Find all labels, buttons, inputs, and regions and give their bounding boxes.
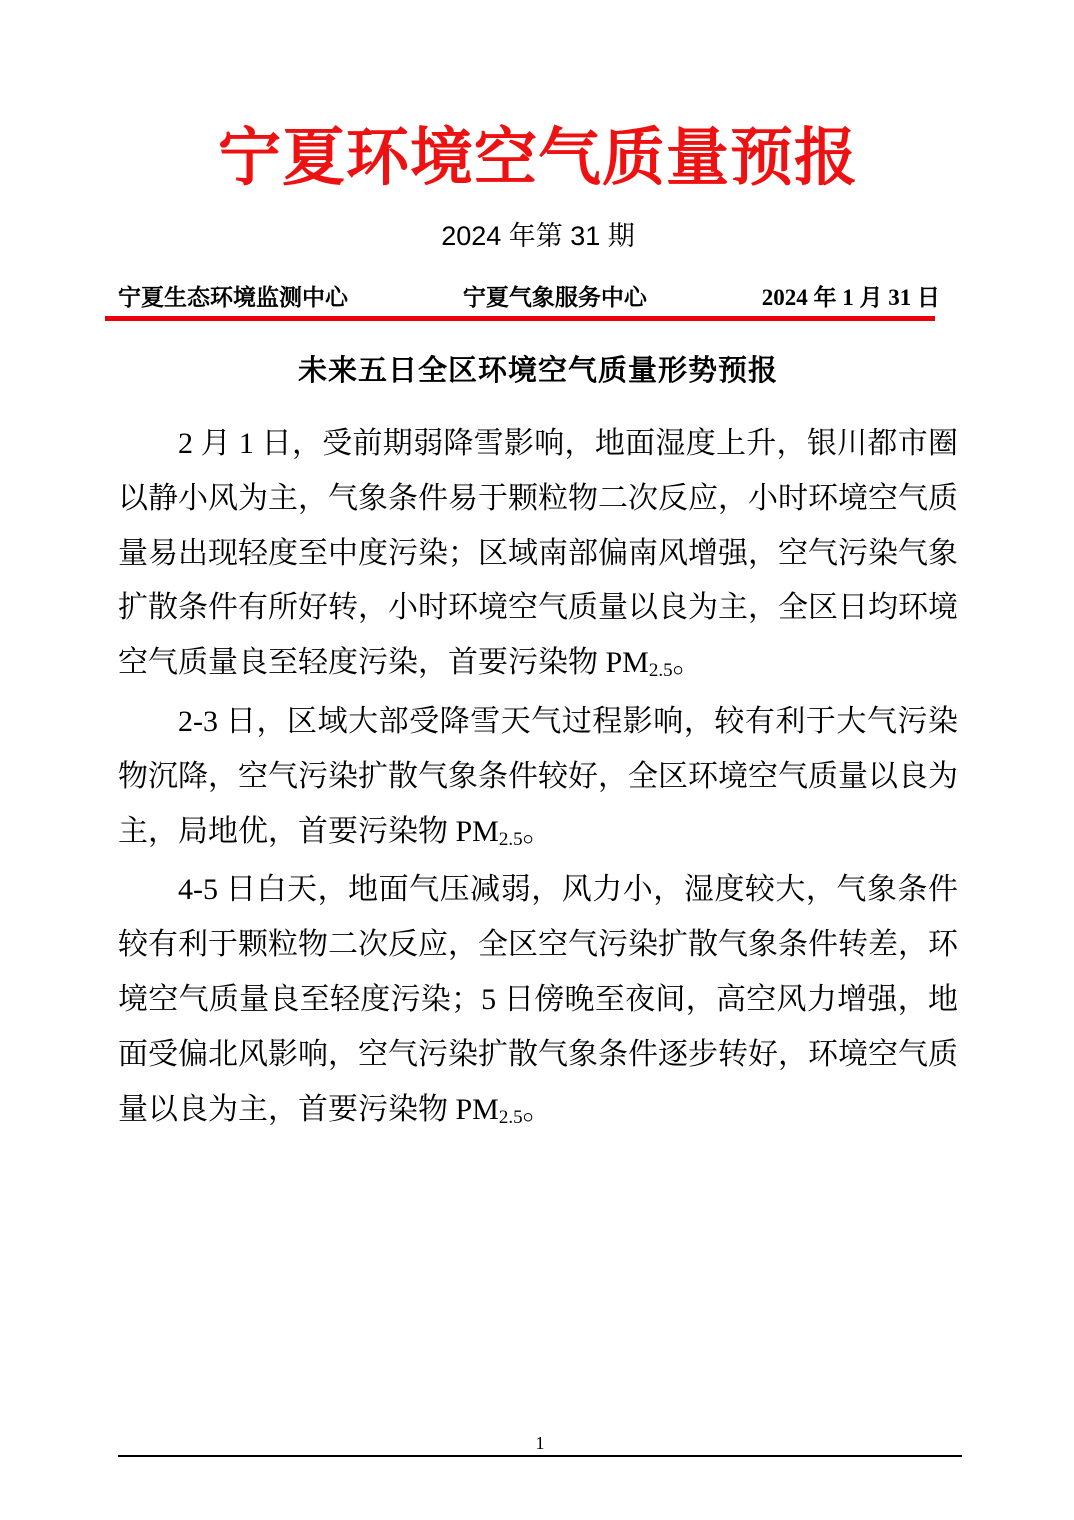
- org-monitoring-center: 宁夏生态环境监测中心: [118, 282, 348, 312]
- body-paragraph: 2-3 日，区域大部受降雪天气过程影响，较有利于大气污染物沉降，空气污染扩散气象…: [118, 695, 958, 859]
- header-row: 宁夏生态环境监测中心 宁夏气象服务中心 2024 年 1 月 31 日: [118, 282, 958, 313]
- page-footer: 1: [118, 1432, 962, 1457]
- issue-date: 2024 年 1 月 31 日: [762, 283, 958, 313]
- issue-number: 2024 年第 31 期: [118, 216, 958, 256]
- org-weather-service-center: 宁夏气象服务中心: [463, 282, 647, 312]
- pm25-label: PM2.5: [456, 1093, 523, 1126]
- document-title: 宁夏环境空气质量预报: [118, 112, 958, 204]
- document-page: 宁夏环境空气质量预报 2024 年第 31 期 宁夏生态环境监测中心 宁夏气象服…: [0, 0, 1074, 1520]
- red-divider: [105, 316, 935, 321]
- footer-divider: [118, 1455, 962, 1457]
- body-paragraph: 4-5 日白天，地面气压减弱，风力小，湿度较大，气象条件较有利于颗粒物二次反应，…: [118, 863, 958, 1137]
- body-paragraph: 2 月 1 日，受前期弱降雪影响，地面湿度上升，银川都市圈以静小风为主，气象条件…: [118, 417, 958, 691]
- body-text: 2 月 1 日，受前期弱降雪影响，地面湿度上升，银川都市圈以静小风为主，气象条件…: [118, 417, 958, 1137]
- pm25-label: PM2.5: [606, 646, 673, 679]
- pm25-label: PM2.5: [456, 815, 523, 848]
- page-number: 1: [118, 1432, 962, 1454]
- section-title: 未来五日全区环境空气质量形势预报: [118, 355, 958, 387]
